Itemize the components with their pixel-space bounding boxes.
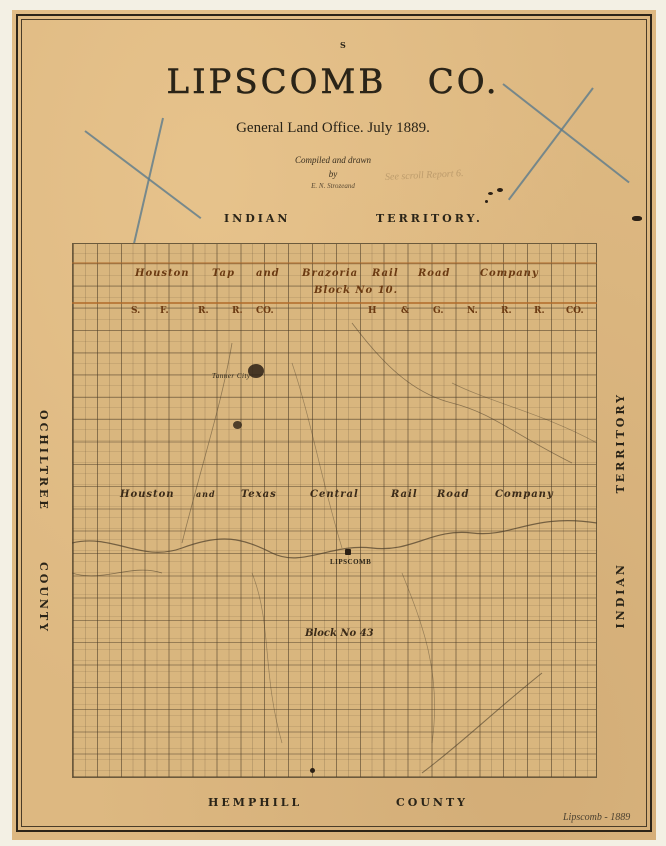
rr-word: and [256, 268, 280, 279]
border-label-south-right: COUNTY [396, 796, 468, 809]
archive-note: Lipscomb - 1889 [563, 812, 630, 823]
title-suffix: CO. [428, 62, 500, 102]
rr-word: and [196, 489, 216, 499]
by-line: by [0, 169, 666, 179]
rr-row-letter: R. [501, 306, 512, 316]
county-seat-label: LIPSCOMB [330, 558, 371, 566]
rr-word: Houston [120, 489, 175, 500]
ink-blot [485, 200, 488, 203]
rr-word: Brazoria [302, 268, 358, 279]
border-label-east-top: TERRITORY [614, 392, 627, 493]
rr-row-letter: S. [131, 306, 140, 316]
border-label-north-left: INDIAN [224, 212, 290, 225]
block-label: Block No 43 [305, 628, 374, 639]
county-seat-marker [345, 549, 351, 555]
ink-stain [233, 421, 242, 429]
ink-blot [488, 192, 493, 195]
border-label-west-top: OCHILTREE [37, 410, 50, 512]
title-main: LIPSCOMB [166, 62, 386, 102]
border-label-south-left: HEMPHILL [208, 796, 302, 809]
page-mark: S [340, 40, 346, 50]
rr-row-letter: R. [534, 306, 545, 316]
rr-row-letter: & [401, 306, 409, 316]
compiled-line: Compiled and drawn [0, 155, 666, 165]
railroad-line [72, 262, 597, 264]
author-credit: E. N. Strozeand [0, 182, 666, 190]
railroad-line [72, 302, 597, 304]
ink-stain [310, 768, 315, 773]
rr-row-letter: R. [232, 306, 243, 316]
rr-word: Central [310, 489, 359, 500]
rr-row-letter: G. [433, 306, 444, 316]
rr-block-label: Block No 10. [314, 285, 398, 296]
ink-stain [248, 364, 264, 378]
border-label-north-right: TERRITORY. [376, 212, 483, 225]
rr-word: Houston [135, 268, 190, 279]
rr-row-letter: H [368, 306, 377, 316]
rr-word: Tap [212, 268, 235, 279]
map-title: LIPSCOMB CO. [0, 62, 666, 102]
rr-word: Road [437, 489, 469, 500]
rr-row-letter: CO. [256, 306, 274, 316]
rr-word: Company [495, 489, 554, 500]
creeks-and-rivers [72, 243, 597, 778]
border-label-east-bottom: INDIAN [614, 562, 627, 628]
rr-row-letter: CO. [566, 306, 584, 316]
rr-word: Company [480, 268, 539, 279]
rr-row-letter: R. [198, 306, 209, 316]
settlement-label: Tanner City [212, 372, 251, 380]
rr-word: Rail [391, 489, 418, 500]
rr-word: Rail [372, 268, 399, 279]
border-label-west-bottom: COUNTY [37, 562, 50, 634]
ink-blot [632, 216, 642, 221]
rr-row-letter: F. [160, 306, 169, 316]
rr-word: Texas [241, 489, 277, 500]
rr-word: Road [418, 268, 450, 279]
ink-blot [497, 188, 503, 192]
rr-row-letter: N. [467, 306, 478, 316]
